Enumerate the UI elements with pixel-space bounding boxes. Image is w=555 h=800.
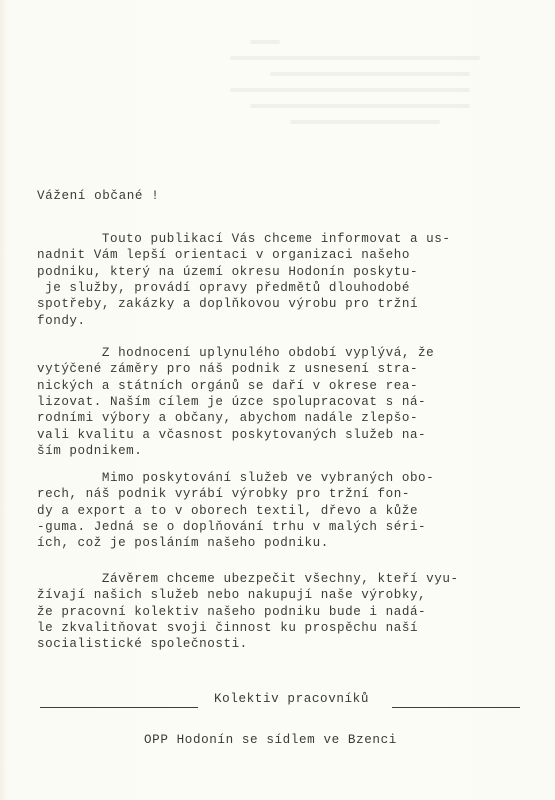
paragraph-line: spotřeby, zakázky a doplňkovou výrobu pr…	[37, 297, 418, 312]
paragraph-line: Z hodnocení uplynulého období vyplývá, ž…	[37, 346, 434, 361]
paragraph-line: le zkvalitňovat svoji činnost ku prospěc…	[37, 621, 418, 636]
signature-rule-right	[392, 707, 520, 708]
signature: Kolektiv pracovníků	[214, 692, 369, 706]
paragraph-line: je služby, provádí opravy předmětů dlouh…	[37, 281, 410, 296]
signature-rule-left	[40, 707, 198, 708]
paragraph-line: Závěrem chceme ubezpečit všechny, kteří …	[37, 572, 459, 587]
paragraph-line: dy a export a to v oborech textil, dřevo…	[37, 504, 418, 519]
paragraph-line: vali kvalitu a včasnost poskytovaných sl…	[37, 428, 426, 443]
paragraph-line: vytýčené záměry pro náš podnik z usnesen…	[37, 362, 418, 377]
salutation: Vážení občané !	[37, 189, 159, 203]
paragraph-line: že pracovní kolektiv našeho podniku bude…	[37, 605, 426, 620]
paragraph-line: -guma. Jedná se o doplňování trhu v malý…	[37, 520, 426, 535]
paragraph-line: lizovat. Naším cílem je úzce spolupracov…	[37, 395, 426, 410]
paragraph-line: ším podnikem.	[37, 444, 142, 459]
paragraph-line: Mimo poskytování služeb ve vybraných obo…	[37, 471, 434, 486]
paragraph-line: podniku, který na území okresu Hodonín p…	[37, 265, 418, 280]
paragraph-line: Touto publikací Vás chceme informovat a …	[37, 232, 450, 247]
paragraph-line: nadnit Vám lepší orientaci v organizaci …	[37, 248, 410, 263]
paragraph-line: rodními výbory a občany, abychom nadále …	[37, 411, 418, 426]
organization-line: OPP Hodonín se sídlem ve Bzenci	[144, 733, 397, 747]
paragraph-line: fondy.	[37, 314, 86, 329]
bleed-through-marks	[230, 40, 490, 180]
signature-row: Kolektiv pracovníků	[40, 690, 520, 710]
paragraph-line: rech, náš podnik vyrábí výrobky pro tržn…	[37, 487, 410, 502]
paragraph-line: socialistické společnosti.	[37, 637, 248, 652]
paragraph-line: ích, což je posláním našeho podniku.	[37, 536, 329, 551]
paragraph-line: nických a státních orgánů se daří v okre…	[37, 379, 418, 394]
paragraph-line: žívají našich služeb nebo nakupují naše …	[37, 588, 426, 603]
document-page: Vážení občané ! Touto publikací Vás chce…	[0, 0, 555, 800]
